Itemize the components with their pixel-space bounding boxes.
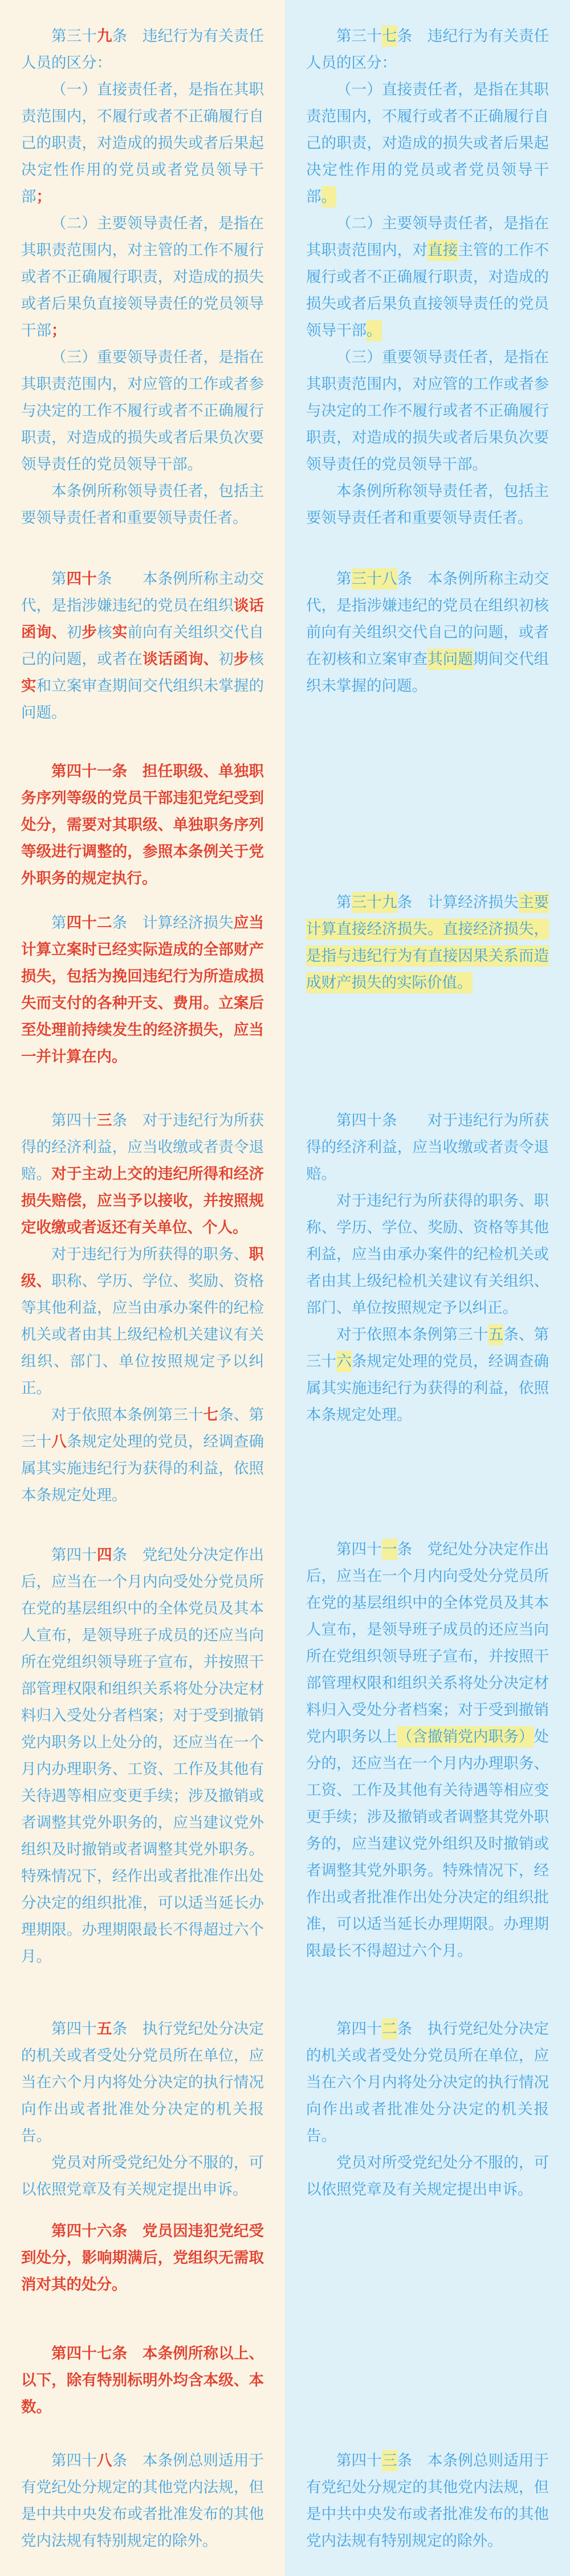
text-run: （三）重要领导责任者，是指在其职责范围内，对应管的工作或者参与决定的工作不履行或… bbox=[21, 349, 264, 473]
article-paragraph: 第四十四条 党纪处分决定作出后，应当在一个月内向受处分党员所在党的基层组织中的全… bbox=[21, 1542, 264, 1970]
article-paragraph: （二）主要领导责任者，是指在其职责范围内，对主管的工作不履行或者不正确履行职责，… bbox=[21, 210, 264, 344]
text-run: 处分的，还应当在一个月内办理职务、工资、工作及其他有关待遇等相应变更手续；涉及撤… bbox=[306, 1728, 549, 1960]
revised-text-run: 第四十一条 担任职级、单独职务序列等级的党员干部违犯党纪受到处分，需要对其职级、… bbox=[21, 763, 264, 887]
article-paragraph: 第四十一条 担任职级、单独职务序列等级的党员干部违犯党纪受到处分，需要对其职级、… bbox=[21, 758, 264, 892]
revised-text-run: ； bbox=[51, 322, 67, 339]
text-run: 第四十条 对于违纪行为所获得的经济利益，应当收缴或者责令退赔。 bbox=[306, 1112, 549, 1183]
revised-text-run: 九 bbox=[97, 27, 112, 45]
text-run: （三）重要领导责任者，是指在其职责范围内，对应管的工作或者参与决定的工作不履行或… bbox=[306, 349, 549, 473]
article-paragraph: 对于违纪行为所获得的职务、职级、职称、学历、学位、奖励、资格等其他利益，应当由承… bbox=[21, 1241, 264, 1402]
text-run: 条 党纪处分决定作出后，应当在一个月内向受处分党员所在党的基层组织中的全体党员及… bbox=[306, 1541, 549, 1746]
text-run: （一）直接责任者，是指在其职责范围内，不履行或者不正确履行自己的职责，对造成的损… bbox=[21, 81, 264, 206]
article-paragraph: 本条例所称领导责任者，包括主要领导责任者和重要领导责任者。 bbox=[306, 478, 549, 531]
text-run: （一）直接责任者，是指在其职责范围内，不履行或者不正确履行自己的职责，对造成的损… bbox=[306, 81, 549, 206]
revised-text-run: 步 bbox=[234, 650, 249, 668]
revised-text-run: 七 bbox=[203, 1406, 219, 1424]
article-paragraph: 党员对所受党纪处分不服的，可以依照党章及有关规定提出申诉。 bbox=[21, 2149, 264, 2203]
highlighted-old-text-run: 三 bbox=[382, 2450, 397, 2471]
text-run: 条 党纪处分决定作出后，应当在一个月内向受处分党员所在党的基层组织中的全体党员及… bbox=[21, 1546, 264, 1965]
revised-text-run: 四十二 bbox=[67, 914, 112, 932]
text-run: 本条例所称领导责任者，包括主要领导责任者和重要领导责任者。 bbox=[306, 482, 549, 527]
article-paragraph: （一）直接责任者，是指在其职责范围内，不履行或者不正确履行自己的职责，对造成的损… bbox=[306, 76, 549, 210]
highlighted-old-text-run: 二 bbox=[382, 2018, 397, 2039]
article-paragraph: 对于违纪行为所获得的职务、职称、学历、学位、奖励、资格等其他利益，应当由承办案件… bbox=[306, 1187, 549, 1321]
revised-text-run: 五 bbox=[97, 2020, 112, 2038]
revised-text-run: 谈话函询、 bbox=[142, 650, 218, 668]
revised-text-run: 对于主动上交的违纪所得和经济损失赔偿，应当予以接收，并按照规定收缴或者返还有关单… bbox=[21, 1165, 264, 1236]
revised-text-run: 步 bbox=[82, 624, 97, 641]
article-paragraph: 第四十二条 执行党纪处分决定的机关或者受处分党员所在单位，应当在六个月内将处分决… bbox=[306, 2016, 549, 2149]
text-run: 条 执行党纪处分决定的机关或者受处分党员所在单位，应当在六个月内将处分决定的执行… bbox=[21, 2020, 264, 2145]
article-paragraph: 第三十九条 计算经济损失主要计算直接经济损失。直接经济损失，是指与违纪行为有直接… bbox=[306, 889, 549, 996]
text-run: 第 bbox=[336, 570, 352, 588]
text-run: 对于依照本条例第三十 bbox=[51, 1406, 203, 1424]
revised-text-run: 第四十七条 本条例所称以上、以下，除有特别标明外均含本级、本数。 bbox=[21, 2345, 264, 2416]
text-run: 第 bbox=[51, 570, 67, 588]
text-run: 和立案审查期间交代组织未掌握的问题。 bbox=[21, 677, 264, 722]
article-paragraph: 第四十二条 计算经济损失应当计算立案时已经实际造成的全部财产损失，包括为挽回违纪… bbox=[21, 910, 264, 1070]
article-paragraph: 第四十六条 党员因违犯党纪受到处分，影响期满后，党组织无需取消对其的处分。 bbox=[21, 2218, 264, 2298]
text-run: 党员对所受党纪处分不服的，可以依照党章及有关规定提出申诉。 bbox=[21, 2154, 264, 2198]
text-run: 核 bbox=[97, 624, 112, 641]
article-paragraph: 对于依照本条例第三十五条、第三十六条规定处理的党员，经调查确属其实施违纪行为获得… bbox=[306, 1321, 549, 1428]
article-paragraph: 第四十条 本条例所称主动交代，是指涉嫌违纪的党员在组织谈话函询、初步核实前向有关… bbox=[21, 566, 264, 726]
revised-text-run: 实 bbox=[112, 624, 128, 641]
text-run: 对于违纪行为所获得的职务、职称、学历、学位、奖励、资格等其他利益，应当由承办案件… bbox=[306, 1192, 549, 1317]
text-run: 初 bbox=[67, 624, 82, 641]
highlighted-old-text-run: 。 bbox=[321, 186, 337, 207]
text-run: 本条例所称领导责任者，包括主要领导责任者和重要领导责任者。 bbox=[21, 482, 264, 527]
text-run: （二）主要领导责任者，是指在其职责范围内，对主管的工作不履行或者不正确履行职责，… bbox=[21, 215, 264, 339]
highlighted-old-text-run: 三十八 bbox=[352, 568, 397, 589]
text-run: 条 执行党纪处分决定的机关或者受处分党员所在单位，应当在六个月内将处分决定的执行… bbox=[306, 2020, 549, 2145]
text-run: 第 bbox=[336, 894, 352, 911]
text-run: 第四十 bbox=[51, 1112, 97, 1129]
article-paragraph: 党员对所受党纪处分不服的，可以依照党章及有关规定提出申诉。 bbox=[306, 2149, 549, 2203]
revised-text-run: 八 bbox=[51, 1433, 67, 1451]
text-run: 条 计算经济损失 bbox=[397, 894, 519, 911]
text-run: 第 bbox=[51, 914, 67, 932]
article-paragraph: 第四十七条 本条例所称以上、以下，除有特别标明外均含本级、本数。 bbox=[21, 2340, 264, 2421]
text-run: 核 bbox=[249, 650, 264, 668]
revised-text-run: 三 bbox=[97, 1112, 112, 1129]
highlighted-old-text-run: 六 bbox=[336, 1351, 352, 1372]
text-run: 第四十 bbox=[336, 2452, 382, 2469]
article-paragraph: （一）直接责任者，是指在其职责范围内，不履行或者不正确履行自己的职责，对造成的损… bbox=[21, 76, 264, 210]
text-run: 对于依照本条例第三十 bbox=[336, 1326, 488, 1344]
text-run: 第三十 bbox=[336, 27, 382, 45]
article-paragraph: 第四十五条 执行党纪处分决定的机关或者受处分党员所在单位，应当在六个月内将处分决… bbox=[21, 2016, 264, 2149]
article-paragraph: （二）主要领导责任者，是指在其职责范围内，对直接主管的工作不履行或者不正确履行职… bbox=[306, 210, 549, 344]
regulation-comparison-page: 第三十九条 违纪行为有关责任人员的区分：（一）直接责任者，是指在其职责范围内，不… bbox=[0, 0, 570, 2576]
right-column-original-text: 第三十七条 违纪行为有关责任人员的区分：（一）直接责任者，是指在其职责范围内，不… bbox=[285, 0, 570, 2576]
highlighted-old-text-run: 五 bbox=[488, 1324, 504, 1345]
highlighted-old-text-run: 三十九 bbox=[352, 892, 397, 913]
highlighted-old-text-run: 其问题 bbox=[427, 649, 473, 670]
text-run: 第四十 bbox=[336, 2020, 382, 2038]
highlighted-old-text-run: （含撤销党内职务） bbox=[397, 1726, 534, 1747]
article-paragraph: 第四十三条 本条例总则适用于有党纪处分规定的其他党内法规，但是中共中央发布或者批… bbox=[306, 2447, 549, 2554]
revised-text-run: ； bbox=[36, 188, 52, 206]
article-paragraph: 对于依照本条例第三十七条、第三十八条规定处理的党员，经调查确属其实施违纪行为获得… bbox=[21, 1402, 264, 1509]
text-run: 第四十 bbox=[336, 1541, 382, 1558]
left-column-revised-text: 第三十九条 违纪行为有关责任人员的区分：（一）直接责任者，是指在其职责范围内，不… bbox=[0, 0, 285, 2576]
article-paragraph: 第三十七条 违纪行为有关责任人员的区分： bbox=[306, 23, 549, 76]
revised-text-run: 八 bbox=[97, 2452, 112, 2469]
article-paragraph: 本条例所称领导责任者，包括主要领导责任者和重要领导责任者。 bbox=[21, 478, 264, 531]
highlighted-old-text-run: 直接 bbox=[427, 240, 458, 261]
revised-text-run: 四 bbox=[97, 1546, 112, 1564]
revised-text-run: 实 bbox=[21, 677, 36, 695]
revised-text-run: 第四十六条 党员因违犯党纪受到处分，影响期满后，党组织无需取消对其的处分。 bbox=[21, 2222, 264, 2294]
text-run: 初 bbox=[218, 650, 234, 668]
text-run: 第四十 bbox=[51, 2452, 97, 2469]
article-paragraph: （三）重要领导责任者，是指在其职责范围内，对应管的工作或者参与决定的工作不履行或… bbox=[306, 344, 549, 478]
highlighted-old-text-run: 一 bbox=[382, 1539, 397, 1560]
text-run: 第四十 bbox=[51, 2020, 97, 2038]
text-run: 职称、学历、学位、奖励、资格等其他利益，应当由承办案件的纪检机关或者由其上级纪检… bbox=[21, 1272, 264, 1397]
article-paragraph: 第三十八条 本条例所称主动交代，是指涉嫌违纪的党员在组织初核前向有关组织交代自己… bbox=[306, 566, 549, 699]
text-run: 条 计算经济损失 bbox=[112, 914, 234, 932]
article-paragraph: 第四十八条 本条例总则适用于有党纪处分规定的其他党内法规，但是中共中央发布或者批… bbox=[21, 2447, 264, 2554]
text-run: 党员对所受党纪处分不服的，可以依照党章及有关规定提出申诉。 bbox=[306, 2154, 549, 2198]
revised-text-run: 应当计算立案时已经实际造成的全部财产损失，包括为挽回违纪行为所造成损失而支付的各… bbox=[21, 914, 264, 1066]
highlighted-old-text-run: 。 bbox=[367, 320, 382, 341]
article-paragraph: 第三十九条 违纪行为有关责任人员的区分： bbox=[21, 23, 264, 76]
revised-text-run: 四十 bbox=[67, 570, 97, 588]
text-run: 对于违纪行为所获得的职务、 bbox=[51, 1246, 249, 1263]
highlighted-old-text-run: 七 bbox=[382, 26, 397, 47]
text-run: 第三十 bbox=[51, 27, 97, 45]
article-paragraph: 第四十一条 党纪处分决定作出后，应当在一个月内向受处分党员所在党的基层组织中的全… bbox=[306, 1536, 549, 1964]
article-paragraph: （三）重要领导责任者，是指在其职责范围内，对应管的工作或者参与决定的工作不履行或… bbox=[21, 344, 264, 478]
text-run: 第四十 bbox=[51, 1546, 97, 1564]
article-paragraph: 第四十三条 对于违纪行为所获得的经济利益，应当收缴或者责令退赔。对于主动上交的违… bbox=[21, 1107, 264, 1241]
article-paragraph: 第四十条 对于违纪行为所获得的经济利益，应当收缴或者责令退赔。 bbox=[306, 1107, 549, 1187]
